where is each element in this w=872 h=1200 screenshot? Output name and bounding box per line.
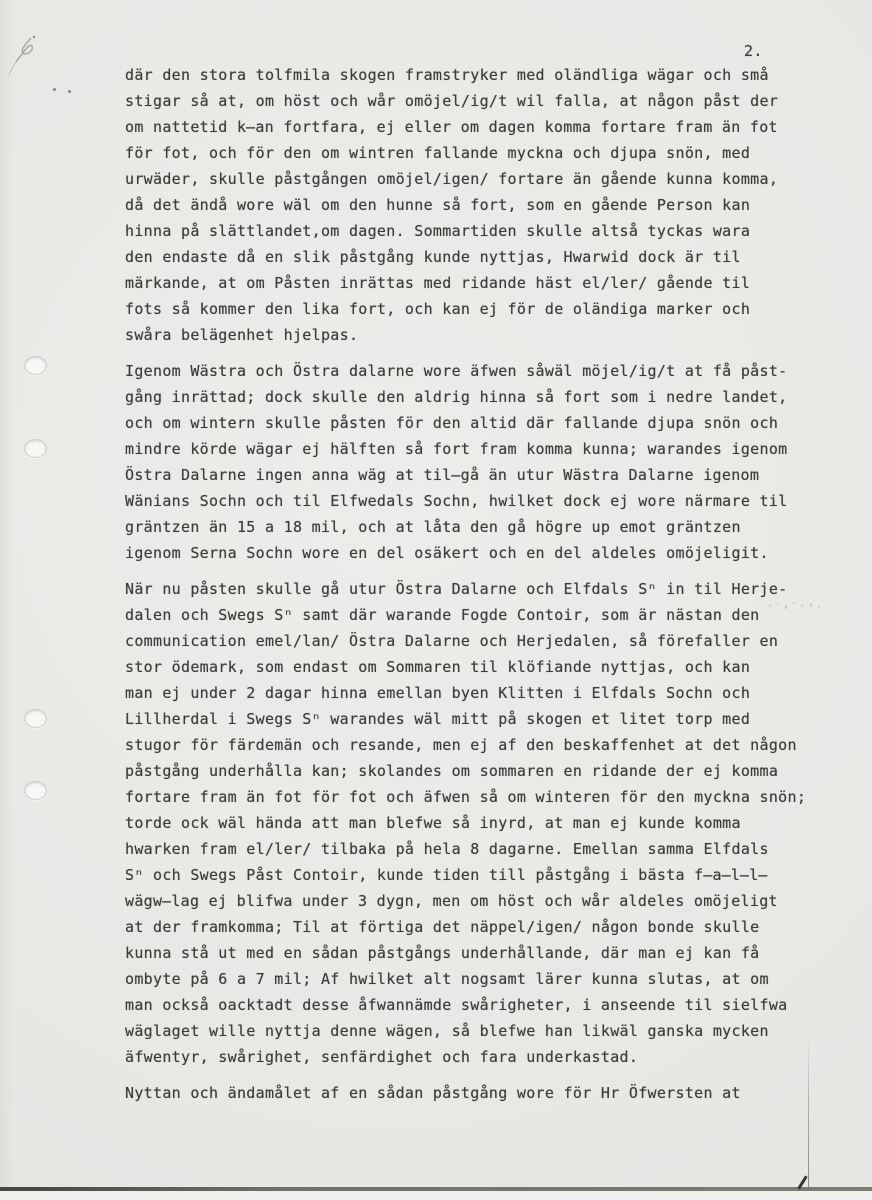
text-line: påstgång underhålla kan; skolandes om so… [125,758,825,784]
text-line: fortare fram än fot för fot och äfwen så… [125,784,825,810]
ink-speck [53,88,56,91]
text-line: mindre körde wägar ej hälften så fort fr… [125,436,825,462]
text-line: Nyttan och ändamålet af en sådan påstgån… [125,1080,825,1106]
text-line: den endaste då en slik påstgång kunde ny… [125,244,825,270]
document-page: 2. där den stora tolfmila skogen framstr… [0,0,872,1200]
text-line: igenom Serna Sochn wore en del osäkert o… [125,540,825,566]
text-line: man också oacktadt desse åfwannämde swår… [125,992,825,1018]
paragraph: När nu påsten skulle gå utur Östra Dalar… [125,576,825,1070]
text-line: och om wintern skulle påsten för den alt… [125,410,825,436]
text-line: fots så kommer den lika fort, och kan ej… [125,296,825,322]
text-line: Sⁿ och Swegs Påst Contoir, kunde tiden t… [125,862,825,888]
paper-crease [808,1035,809,1187]
text-line: gräntzen än 15 a 18 mil, och at låta den… [125,514,825,540]
text-line: man ej under 2 dagar hinna emellan byen … [125,680,825,706]
text-line: wäglaget wille nyttja denne wägen, så bl… [125,1018,825,1044]
text-line: då det ändå wore wäl om den hunne så for… [125,192,825,218]
punch-hole [24,709,47,728]
text-line: hwarken fram el/ler/ tilbaka på hela 8 d… [125,836,825,862]
text-line: dalen och Swegs Sⁿ samt där warande Fogd… [125,602,825,628]
typewritten-text-body: där den stora tolfmila skogen framstryke… [125,62,825,1116]
faded-ink-smudge [766,599,824,611]
text-line: där den stora tolfmila skogen framstryke… [125,62,825,88]
pencil-squiggle-mark [6,34,50,96]
text-line: Wänians Sochn och til Elfwedals Sochn, h… [125,488,825,514]
text-line: märkande, at om Påsten inrättas med rida… [125,270,825,296]
text-line: kunna stå ut med en sådan påstgångs unde… [125,940,825,966]
ink-speck [68,90,71,93]
paragraph: Igenom Wästra och Östra dalarne wore äfw… [125,358,825,566]
text-line: at der framkomma; Til at förtiga det näp… [125,914,825,940]
punch-hole [24,439,47,458]
text-line: När nu påsten skulle gå utur Östra Dalar… [125,576,825,602]
text-line: wägw̶lag ej blifwa under 3 dygn, men om … [125,888,825,914]
punch-hole [24,356,47,375]
paragraph: där den stora tolfmila skogen framstryke… [125,62,825,348]
text-line: stugor för färdemän och resande, men ej … [125,732,825,758]
text-line: urwäder, skulle påstgången omöjel/igen/ … [125,166,825,192]
paragraph: Nyttan och ändamålet af en sådan påstgån… [125,1080,825,1106]
text-line: stor ödemark, som endast om Sommaren til… [125,654,825,680]
scan-background-strip [0,1191,872,1200]
text-line: torde ock wäl hända att man blefwe så in… [125,810,825,836]
text-line: Lillherdal i Swegs Sⁿ warandes wäl mitt … [125,706,825,732]
page-number: 2. [744,42,763,60]
text-line: gång inrättad; dock skulle den aldrig hi… [125,384,825,410]
text-line: hinna på slättlandet,om dagen. Sommartid… [125,218,825,244]
text-line: om nattetid k̶an fortfara, ej eller om d… [125,114,825,140]
text-line: swåra belägenhet hjelpas. [125,322,825,348]
text-line: ombyte på 6 a 7 mil; Af hwilket alt nogs… [125,966,825,992]
text-line: äfwentyr, swårighet, senfärdighet och fa… [125,1044,825,1070]
text-line: communication emel/lan/ Östra Dalarne oc… [125,628,825,654]
text-line: Östra Dalarne ingen anna wäg at til̶gå ä… [125,462,825,488]
text-line: för fot, och för den om wintren fallande… [125,140,825,166]
text-line: stigar så at, om höst och wår omöjel/ig/… [125,88,825,114]
punch-hole [24,781,47,800]
text-line: Igenom Wästra och Östra dalarne wore äfw… [125,358,825,384]
